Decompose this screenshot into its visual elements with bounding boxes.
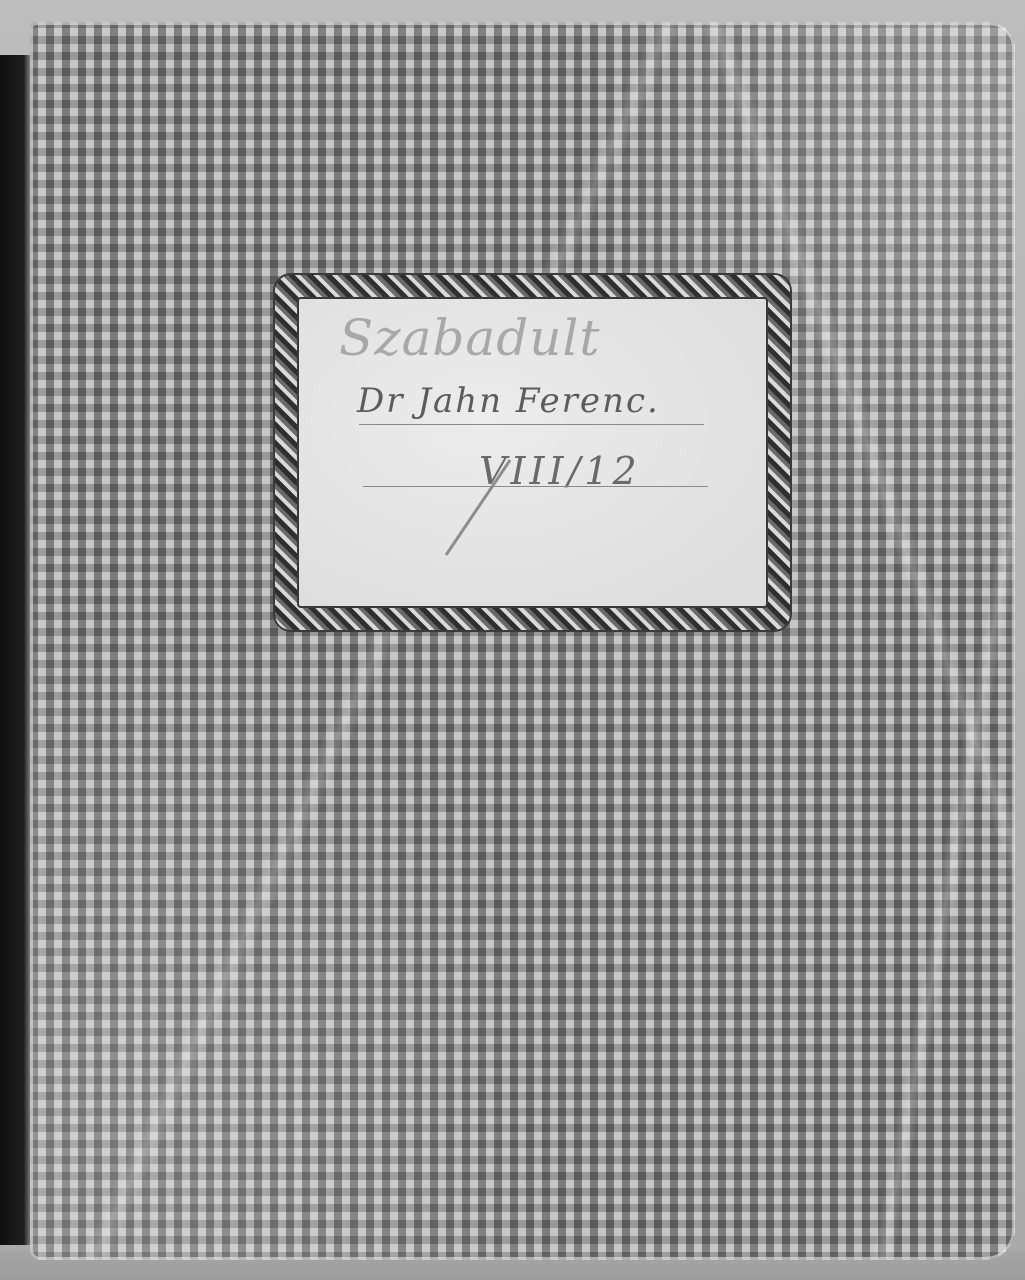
shadow: [0, 55, 34, 1245]
cover-label: Szabadult Dr Jahn Ferenc. VIII/12: [297, 297, 768, 608]
notebook-cover: Szabadult Dr Jahn Ferenc. VIII/12: [30, 22, 1015, 1260]
label-title-handwriting: Szabadult: [339, 309, 601, 367]
label-ruled-line-1: [359, 424, 704, 425]
cover-wear-marks: [30, 22, 1015, 1260]
label-ruled-line-2: [363, 486, 708, 487]
cover-label-ornate-frame: Szabadult Dr Jahn Ferenc. VIII/12: [275, 275, 790, 630]
label-owner-name-handwriting: Dr Jahn Ferenc.: [357, 381, 660, 421]
photo-scene: Szabadult Dr Jahn Ferenc. VIII/12: [0, 0, 1025, 1280]
